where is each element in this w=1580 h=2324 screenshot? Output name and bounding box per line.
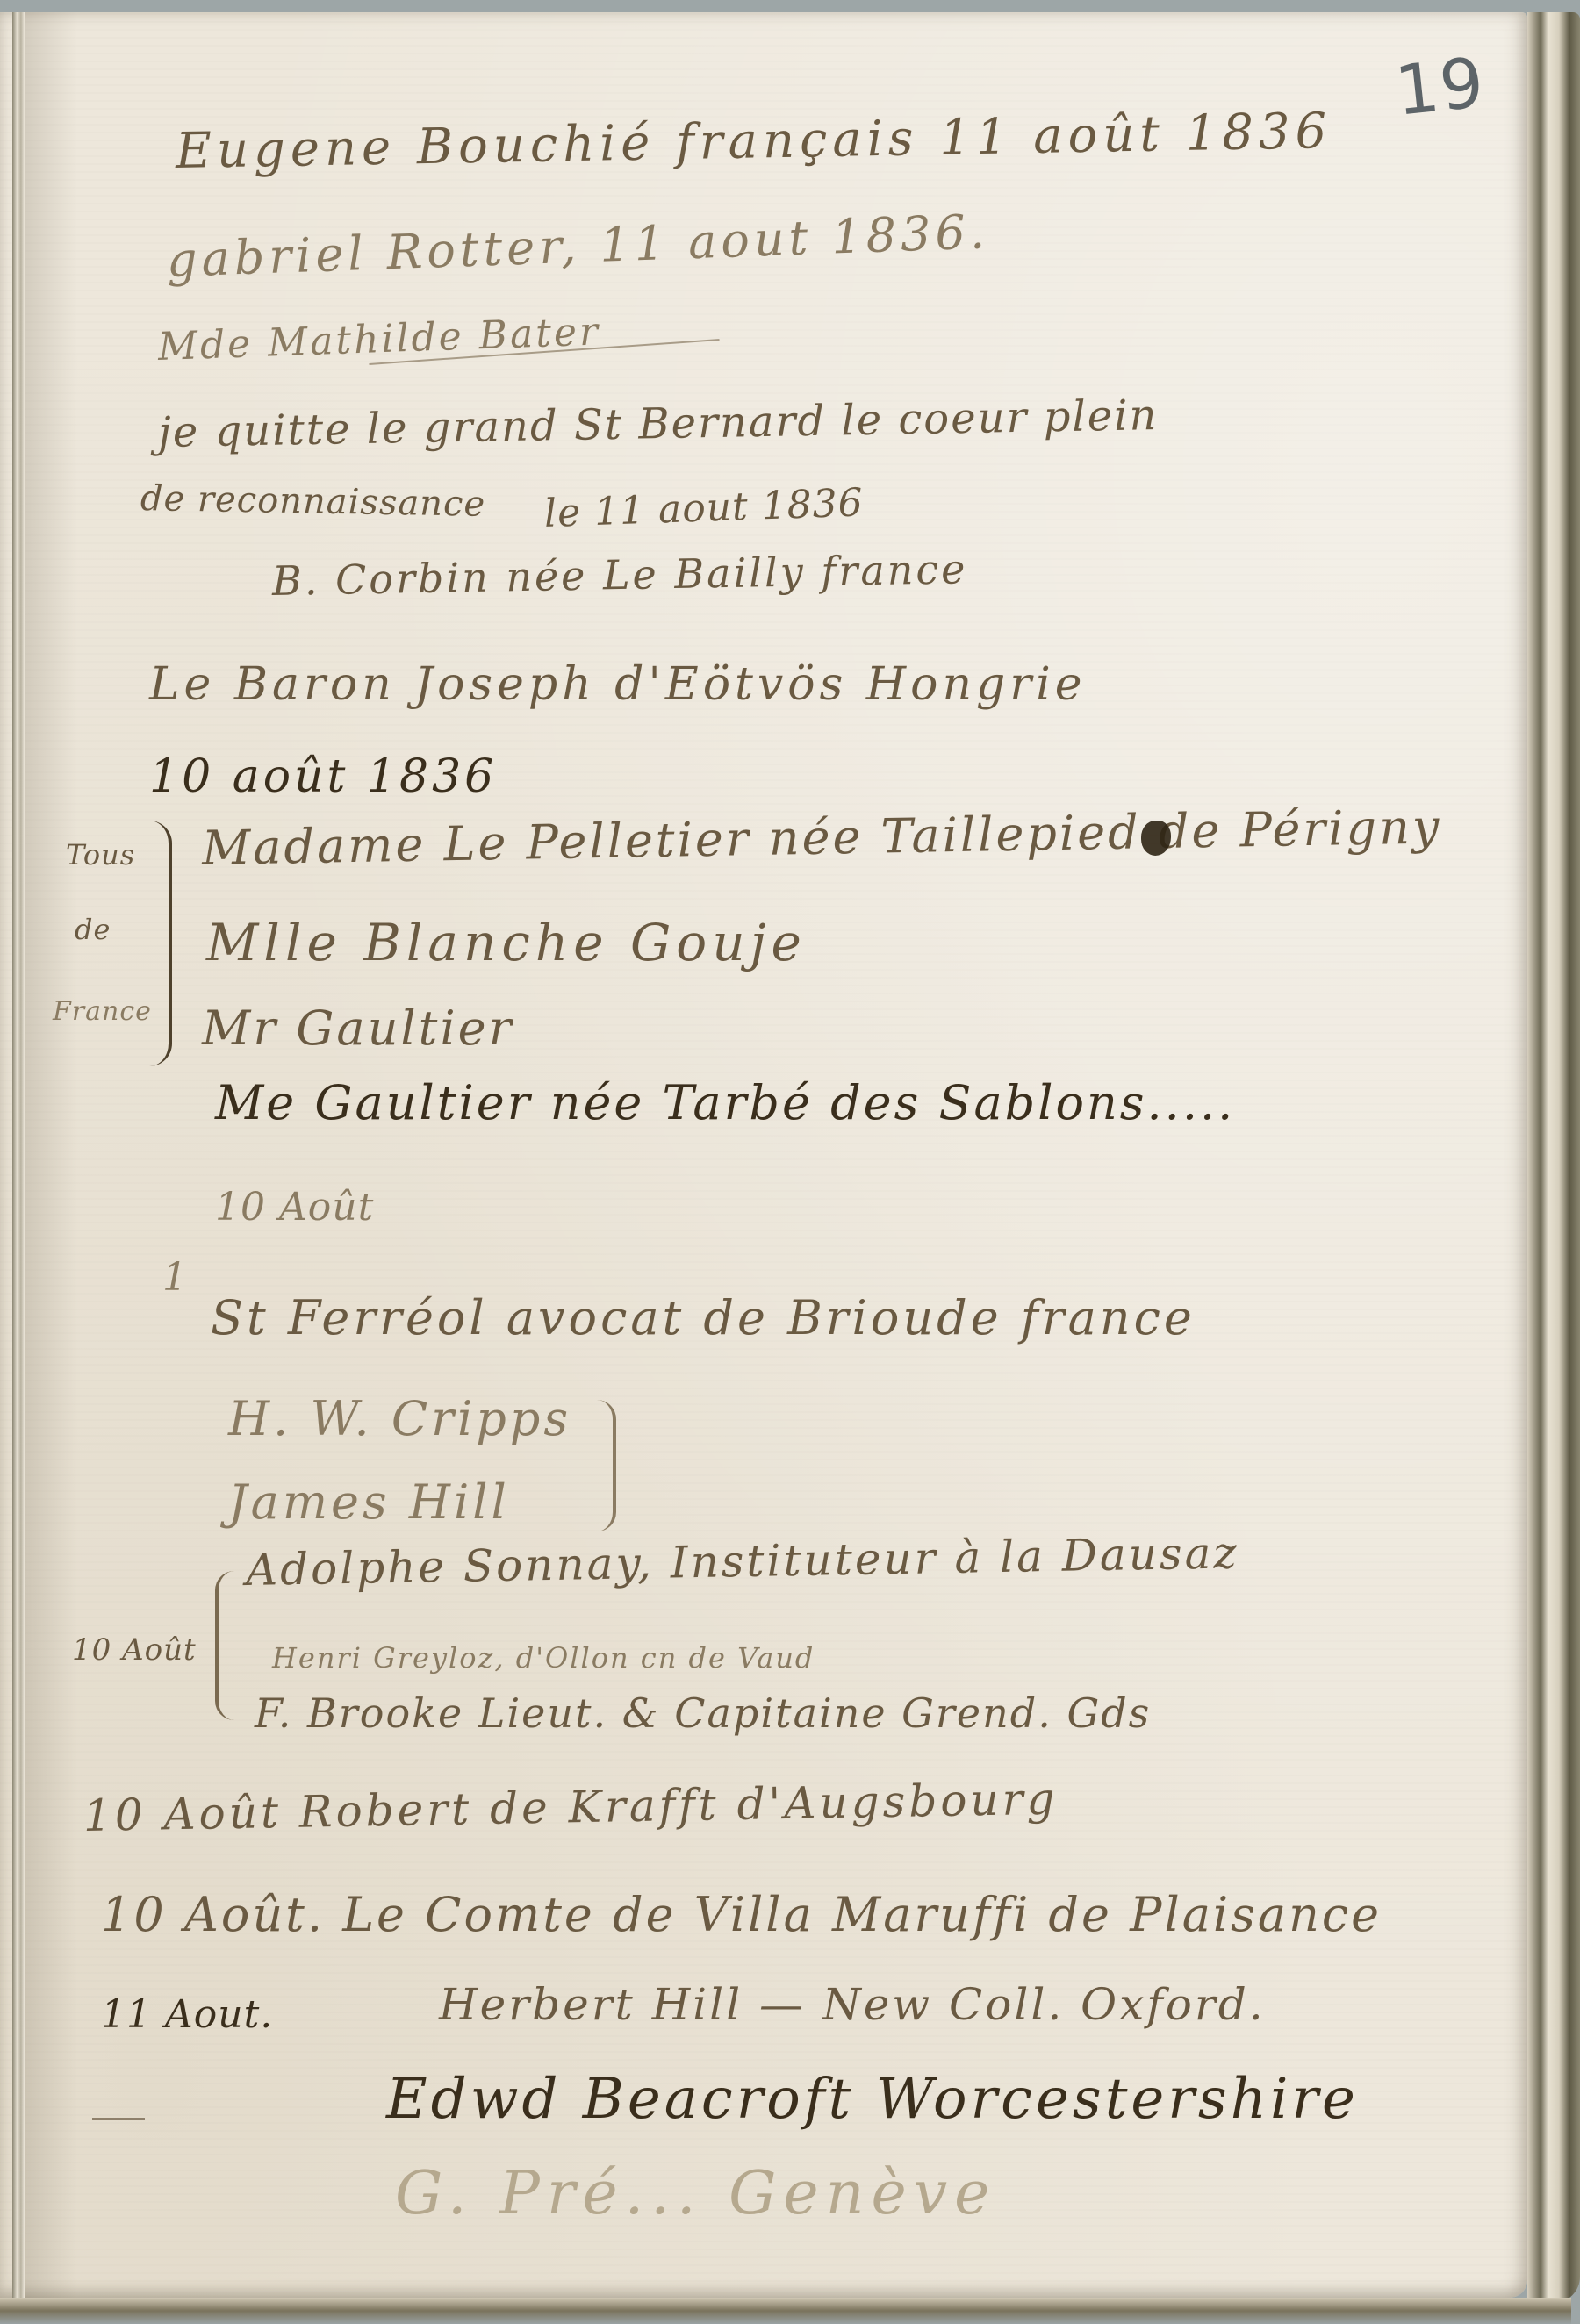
margin-note: Tous [66, 838, 135, 871]
entry-line: 10 Août [215, 1185, 374, 1230]
gutter-shadow [25, 12, 77, 2298]
brace [215, 1571, 234, 1720]
page-number: 19 [1391, 44, 1488, 132]
page-gutter [12, 12, 25, 2298]
entry-line: 10 Août. Le Comte de Villa Maruffi de Pl… [101, 1887, 1382, 1942]
entry-line: 11 Aout. [101, 1992, 273, 2037]
book-edge-right [1527, 12, 1580, 2303]
entry-line: 1 [162, 1255, 188, 1300]
entry-line: Le Baron Joseph d'Eötvös Hongrie [149, 658, 1087, 711]
margin-dash [92, 2118, 145, 2120]
margin-note: 10 Août [72, 1632, 197, 1668]
entry-line: Henri Greyloz, d'Ollon cn de Vaud [272, 1641, 815, 1675]
entry-line: H. W. Cripps [228, 1391, 571, 1446]
entry-line: G. Pré... Genève [395, 2159, 996, 2228]
entry-line: Edwd Beacroft Worcestershire [386, 2067, 1359, 2132]
scan-background: 19 Eugene Bouchié français 11 août 1836 … [0, 0, 1580, 2324]
entry-line: Mr Gaultier [202, 1001, 513, 1056]
brace [597, 1400, 616, 1531]
entry-line: de reconnaissance [140, 478, 486, 525]
entry-line: Mlle Blanche Gouje [206, 913, 807, 972]
book-edge-bottom [0, 2298, 1571, 2324]
entry-line: St Ferréol avocat de Brioude france [211, 1290, 1196, 1345]
entry-line: 10 août 1836 [149, 750, 497, 803]
entry-line: Herbert Hill — New Coll. Oxford. [439, 1979, 1266, 2030]
entry-line: James Hill [228, 1474, 510, 1530]
margin-note: de [75, 913, 111, 946]
margin-note: France [53, 996, 152, 1027]
entry-line: Me Gaultier née Tarbé des Sablons..... [215, 1075, 1235, 1130]
entry-line: F. Brooke Lieut. & Capitaine Grend. Gds [255, 1689, 1151, 1737]
brace [149, 821, 172, 1066]
